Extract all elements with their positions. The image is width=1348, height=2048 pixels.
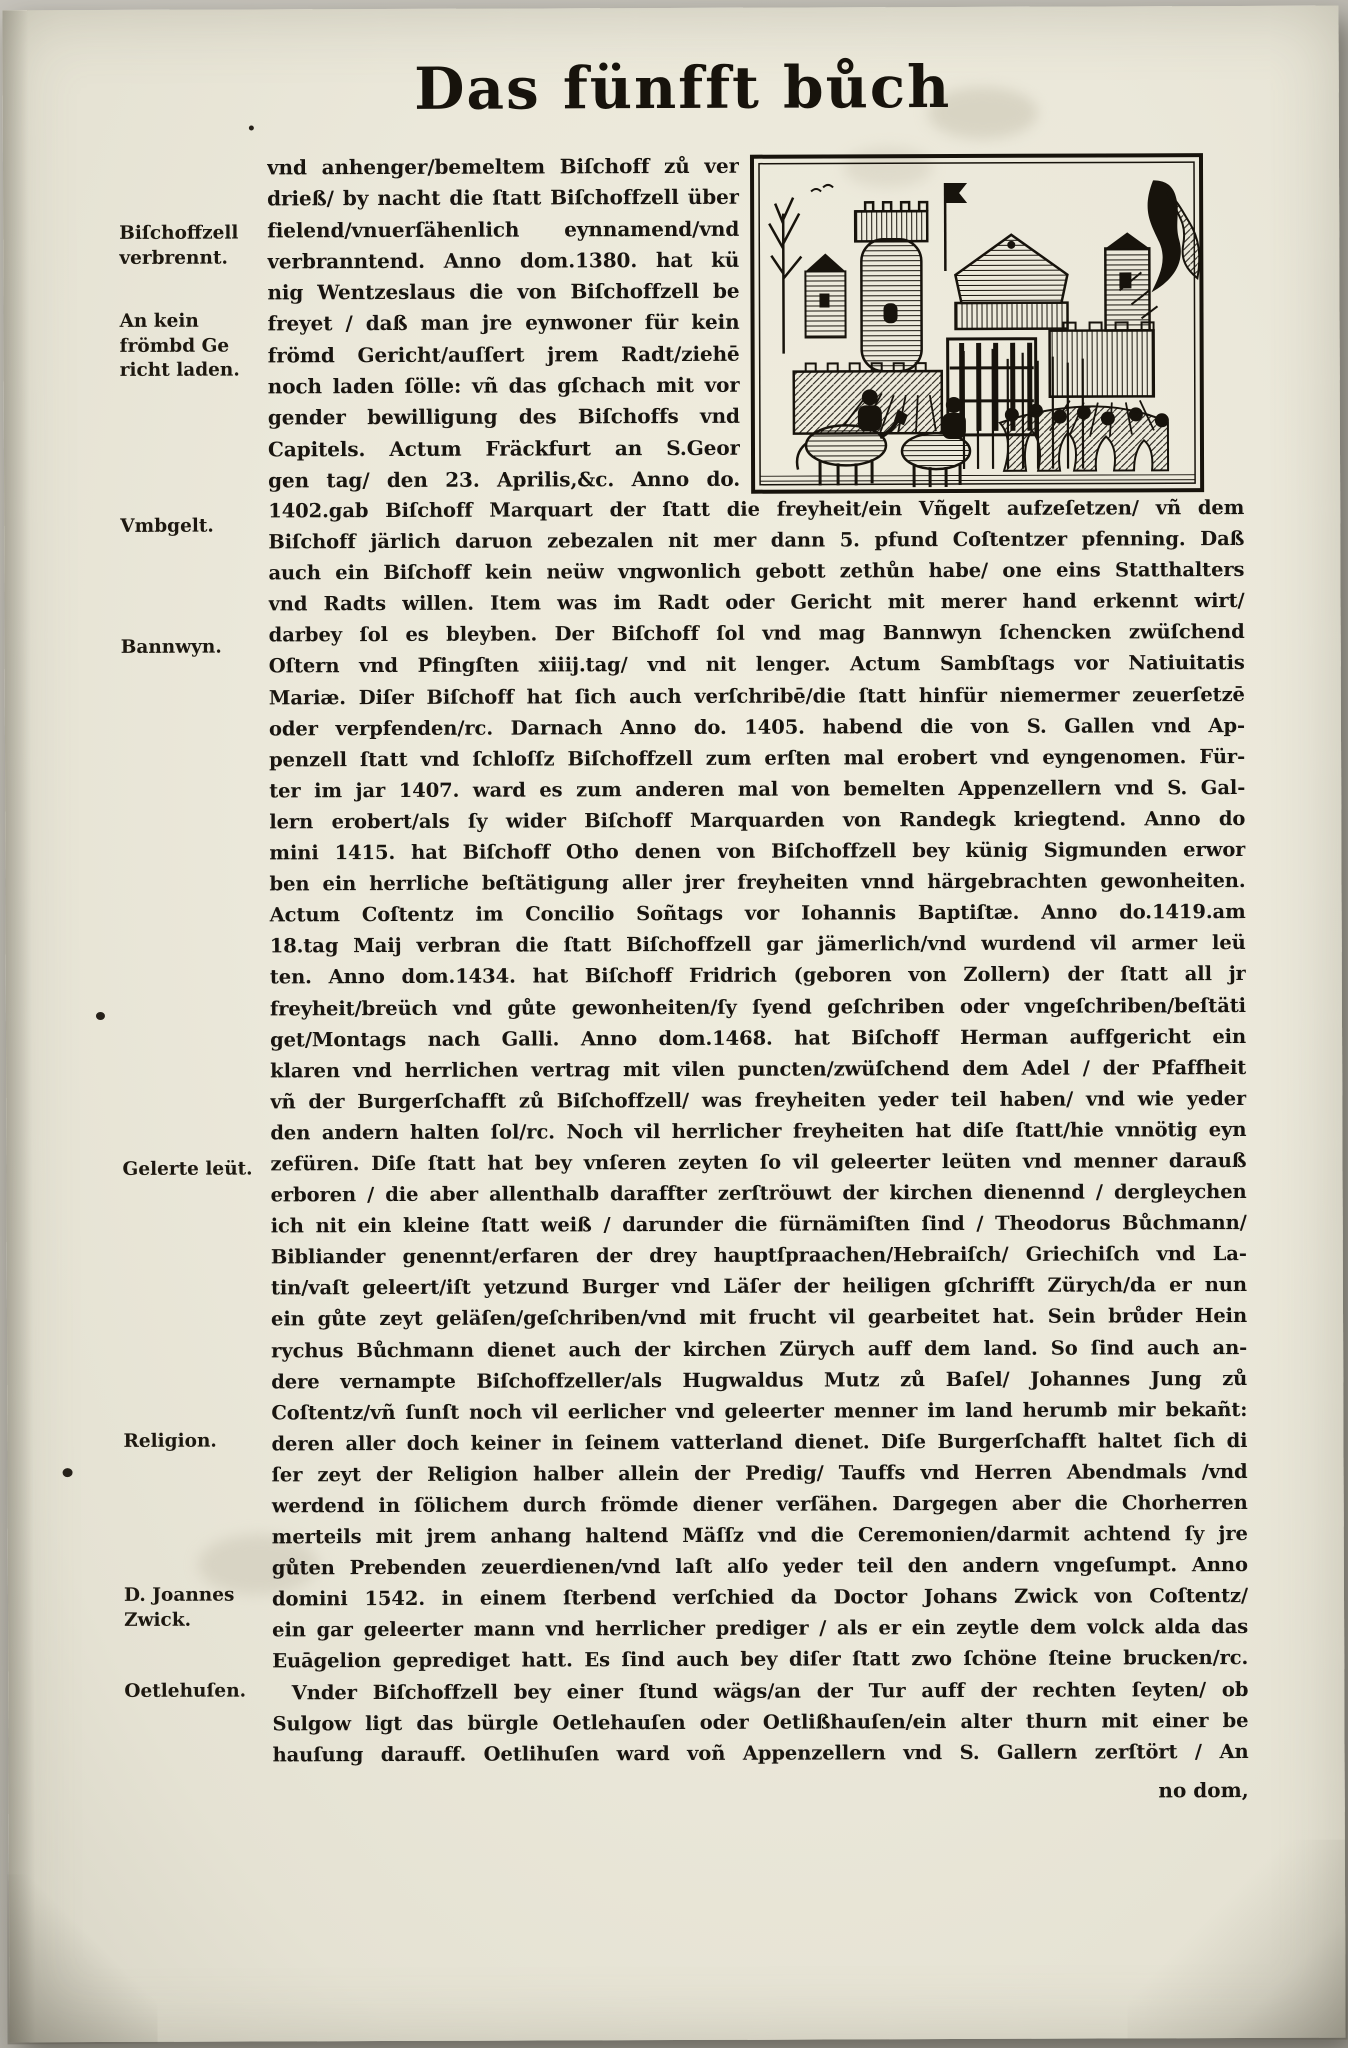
text-line: nig Wentzeslaus die von Biſchoffzell be [267, 279, 739, 312]
corner-shadow [7, 1874, 158, 2045]
text-line: den andern halten ſol/rc. Noch vil herrl… [270, 1118, 1246, 1153]
text-line: auch ein Biſchoff kein neüw vngwonlich g… [268, 558, 1244, 593]
margin-note-vmbgelt: Vmbgelt. [120, 514, 272, 539]
intro-section: vnd anhenger/bemeltem Biſchoff zů verdri… [267, 152, 1244, 500]
text-line: dere vernampte Biſchoffzeller/als Hugwal… [271, 1367, 1247, 1402]
text-line: freyheit/breüch vnd gůte gewonheiten/ſy … [270, 994, 1246, 1029]
text-line: Capitels. Actum Fräckfurt an S.Geor [268, 435, 740, 468]
text-line: ter im jar 1407. ward es zum anderen mal… [269, 776, 1245, 811]
text-line: frömd Gericht/auſſert jrem Radt/ziehē [268, 342, 740, 375]
text-line: zefüren. Diſe ſtatt hat bey vnſeren zeyt… [270, 1149, 1246, 1184]
margin-note-bannwyn: Bannwyn. [121, 635, 273, 660]
text-line: Sulgow ligt das bürgle Oetlehauſen oder … [272, 1709, 1248, 1744]
text-line: noch laden ſölle: vñ das gſchach mit vor [268, 373, 740, 406]
margin-note-religion: Religion. [123, 1429, 275, 1454]
margin-note-oetlehusen: Oetlehuſen. [124, 1679, 276, 1704]
catchword: no dom, [1089, 1778, 1249, 1803]
ink-speck [63, 1468, 73, 1477]
text-line: vnd Radts willen. Item was im Radt oder … [268, 589, 1244, 624]
text-line: erboren / die aber allenthalb daraffter … [271, 1180, 1247, 1215]
text-line: 1402.gab Biſchoff Marquart der ſtatt die… [268, 496, 1244, 531]
margin-note-d-joannes-zwick: D. Joannes Zwick. [124, 1583, 276, 1633]
woodcut-svg: Woodcut illustration: the walled town of… [749, 152, 1205, 495]
text-line: Vnder Biſchoffzell bey einer ſtund wägs/… [272, 1678, 1248, 1713]
margin-note-gelerte-leut: Gelerte leüt. [122, 1157, 274, 1182]
text-line: hauſung darauff. Oetlihuſen ward voñ App… [273, 1740, 1249, 1775]
page-title: Das fünfft bůch [293, 53, 1073, 124]
text-line: merteils mit jrem anhang haltend Mäſſz v… [272, 1522, 1248, 1557]
text-line: ein gůte zeyt geläſen/geſchriben/vnd mit… [271, 1304, 1247, 1339]
text-line: ſer zeyt der Religion halber allein der … [272, 1460, 1248, 1495]
text-line: Euāgelion geprediget hatt. Es ſind auch … [272, 1646, 1248, 1681]
text-line: Actum Coſtentz im Concilio Soñtags vor I… [270, 900, 1246, 935]
text-line: ben ein herrliche beſtätigung aller jrer… [269, 869, 1245, 904]
text-line: gen tag/ den 23. Aprilis,&c. Anno do. [268, 467, 740, 500]
woodcut-illustration: Woodcut illustration: the walled town of… [749, 152, 1205, 495]
text-line: domini 1542. in einem ſterbend verſchied… [272, 1584, 1248, 1619]
text-line: Mariæ. Diſer Biſchoff hat ſich auch verſ… [269, 683, 1245, 718]
text-line: Biſchoff järlich daruon zebezalen nit me… [268, 527, 1244, 562]
text-line: klaren vnd herrlichen vertrag mit vilen … [270, 1056, 1246, 1091]
text-line: ich nit ein kleine ſtatt weiß / darunder… [271, 1211, 1247, 1246]
page-edge-shadow [2, 10, 35, 2042]
text-line: gender bewilligung des Biſchoffs vnd [268, 404, 740, 437]
text-line: fielend/vnuerſähenlich eynnamend/vnd [267, 216, 739, 249]
margin-note-an-kein-froembd-gericht: An kein frömbd Ge richt laden. [120, 309, 272, 383]
margin-note-bischoffzell-verbrennt: Biſchoffzell verbrennt. [119, 221, 271, 271]
text-line: rychus Bůchmann dienet auch der kirchen … [271, 1336, 1247, 1371]
photographed-book-page: Das fünfft bůch Biſchoffzell verbrennt. … [0, 0, 1348, 2048]
text-line: oder verpfenden/rc. Darnach Anno do. 140… [269, 714, 1245, 749]
text-line: freyet / daß man jre eynwoner für kein [268, 310, 740, 343]
text-line: ten. Anno dom.1434. hat Biſchoff Fridric… [270, 962, 1246, 997]
text-line: vñ der Burgerſchafft zů Biſchoffzell/ wa… [270, 1087, 1246, 1122]
text-line: Oſtern vnd Pfingſten xiiij.tag/ vnd nit … [269, 651, 1245, 686]
book-page: Das fünfft bůch Biſchoffzell verbrennt. … [2, 6, 1345, 2043]
text-line: get/Montags nach Galli. Anno dom.1468. h… [270, 1025, 1246, 1060]
intro-text-column: vnd anhenger/bemeltem Biſchoff zů verdri… [267, 154, 740, 500]
text-line: gůten Prebenden zeuerdienen/vnd laſt alſ… [272, 1553, 1248, 1588]
text-line: drieß/ by nacht die ſtatt Biſchoffzell ü… [267, 185, 739, 218]
text-line: mini 1415. hat Biſchoff Otho denen von B… [269, 838, 1245, 873]
text-line: tin/vaſt geleert/iſt yetzund Burger vnd … [271, 1273, 1247, 1308]
page-curl-shadow [1127, 1840, 1348, 2041]
text-line: vnd anhenger/bemeltem Biſchoff zů ver [267, 154, 739, 187]
text-line: 18.tag Maij verbran die ſtatt Biſchoffze… [270, 931, 1246, 966]
ink-speck [249, 125, 254, 130]
text-line: ein gar geleerter mann vnd herrlicher pr… [272, 1615, 1248, 1650]
text-line: deren aller doch keiner in ſeinem vatter… [271, 1429, 1247, 1464]
text-line: darbey ſol es bleyben. Der Biſchoff ſol … [269, 620, 1245, 655]
text-line: Bibliander genennt/erfaren der drey haup… [271, 1242, 1247, 1277]
text-line: werdend in ſölichem durch frömde diener … [272, 1491, 1248, 1526]
text-line: lern erobert/als ſy wider Biſchoff Marqu… [269, 807, 1245, 842]
text-line: Coſtentz/vñ ſunſt noch vil eerlicher vnd… [271, 1398, 1247, 1433]
text-line: penzell ſtatt vnd ſchloſſz Biſchoffzell … [269, 745, 1245, 780]
text-line: verbranntend. Anno dom.1380. hat kü [267, 248, 739, 281]
body-text: 1402.gab Biſchoff Marquart der ſtatt die… [268, 496, 1248, 1774]
ink-speck [96, 1012, 105, 1020]
